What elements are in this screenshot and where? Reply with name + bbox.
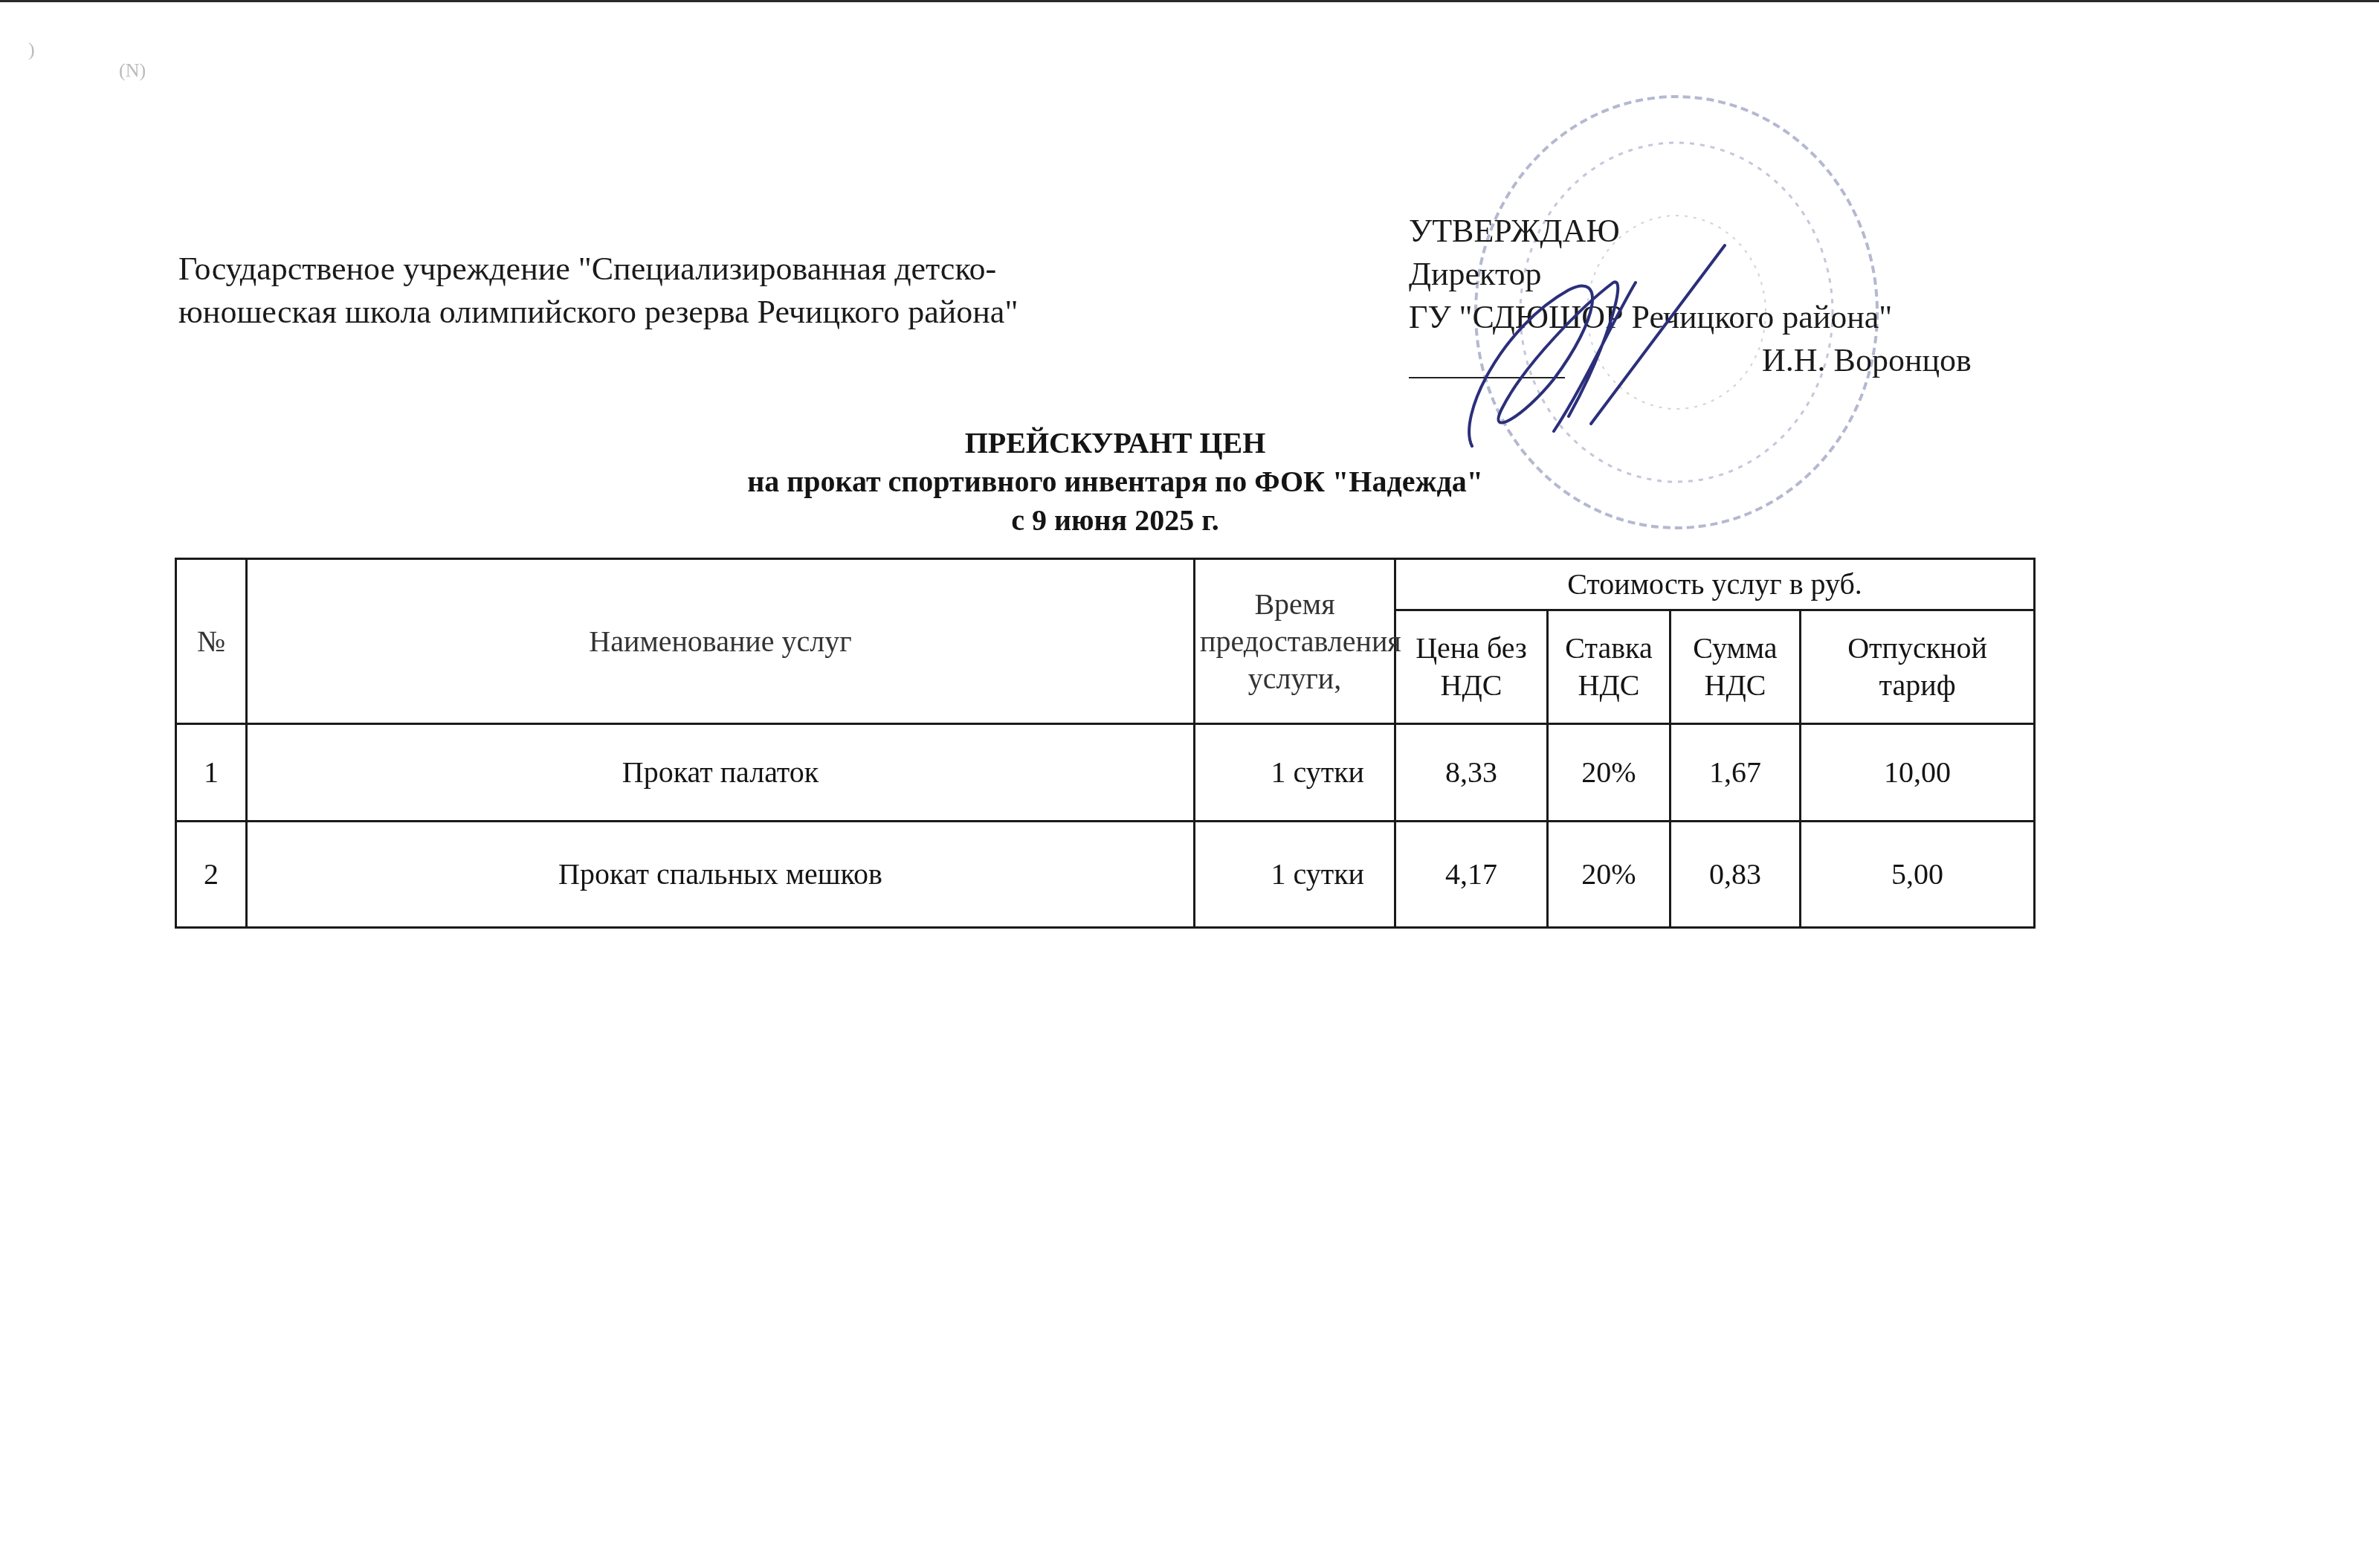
header-service-name: Наименование услуг <box>247 559 1195 724</box>
organization-name: Государственое учреждение "Специализиров… <box>178 248 1219 334</box>
table-row: 1 Прокат палаток 1 сутки 8,33 20% 1,67 1… <box>176 724 2035 822</box>
header-duration: Время предоставления услуги, <box>1195 559 1395 724</box>
approval-signatory: И.Н. Воронцов <box>1762 339 1972 382</box>
row-vat-amount: 0,83 <box>1671 822 1801 928</box>
scan-artifact: ) <box>28 39 35 61</box>
row-vat-rate: 20% <box>1548 724 1671 822</box>
row-price-no-vat: 8,33 <box>1395 724 1548 822</box>
header-final-tariff: Отпускной тариф <box>1801 610 2035 724</box>
title-main: ПРЕЙСКУРАНТ ЦЕН <box>0 424 2379 462</box>
header-cost-group: Стоимость услуг в руб. <box>1395 559 2035 610</box>
scan-artifact: (N) <box>119 59 146 82</box>
approval-heading: УТВЕРЖДАЮ <box>1409 210 2078 253</box>
row-service-name: Прокат спальных мешков <box>247 822 1195 928</box>
table-header-row: № Наименование услуг Время предоставлени… <box>176 559 2035 610</box>
header-number: № <box>176 559 247 724</box>
row-duration: 1 сутки <box>1195 724 1395 822</box>
document-title: ПРЕЙСКУРАНТ ЦЕН на прокат спортивного ин… <box>0 424 2379 540</box>
row-price-no-vat: 4,17 <box>1395 822 1548 928</box>
title-effective-date: с 9 июня 2025 г. <box>0 501 2379 540</box>
organization-line-2: юношеская школа олимпийского резерва Реч… <box>178 291 1219 334</box>
title-subtitle: на прокат спортивного инвентаря по ФОК "… <box>0 462 2379 501</box>
row-duration: 1 сутки <box>1195 822 1395 928</box>
approval-position: Директор <box>1409 253 2078 296</box>
header-vat-amount: Сумма НДС <box>1671 610 1801 724</box>
row-final-tariff: 5,00 <box>1801 822 2035 928</box>
row-number: 2 <box>176 822 247 928</box>
table-row: 2 Прокат спальных мешков 1 сутки 4,17 20… <box>176 822 2035 928</box>
header-price-no-vat: Цена без НДС <box>1395 610 1548 724</box>
organization-line-1: Государственое учреждение "Специализиров… <box>178 248 1219 291</box>
price-table: № Наименование услуг Время предоставлени… <box>175 558 2036 929</box>
row-final-tariff: 10,00 <box>1801 724 2035 822</box>
row-vat-rate: 20% <box>1548 822 1671 928</box>
row-service-name: Прокат палаток <box>247 724 1195 822</box>
signature-line <box>1409 377 1565 378</box>
header-vat-rate: Ставка НДС <box>1548 610 1671 724</box>
row-vat-amount: 1,67 <box>1671 724 1801 822</box>
page-top-edge <box>0 0 2379 2</box>
approval-institution: ГУ "СДЮШОР Речицкого района" <box>1409 296 2078 339</box>
approval-block: УТВЕРЖДАЮ Директор ГУ "СДЮШОР Речицкого … <box>1409 210 2078 339</box>
row-number: 1 <box>176 724 247 822</box>
